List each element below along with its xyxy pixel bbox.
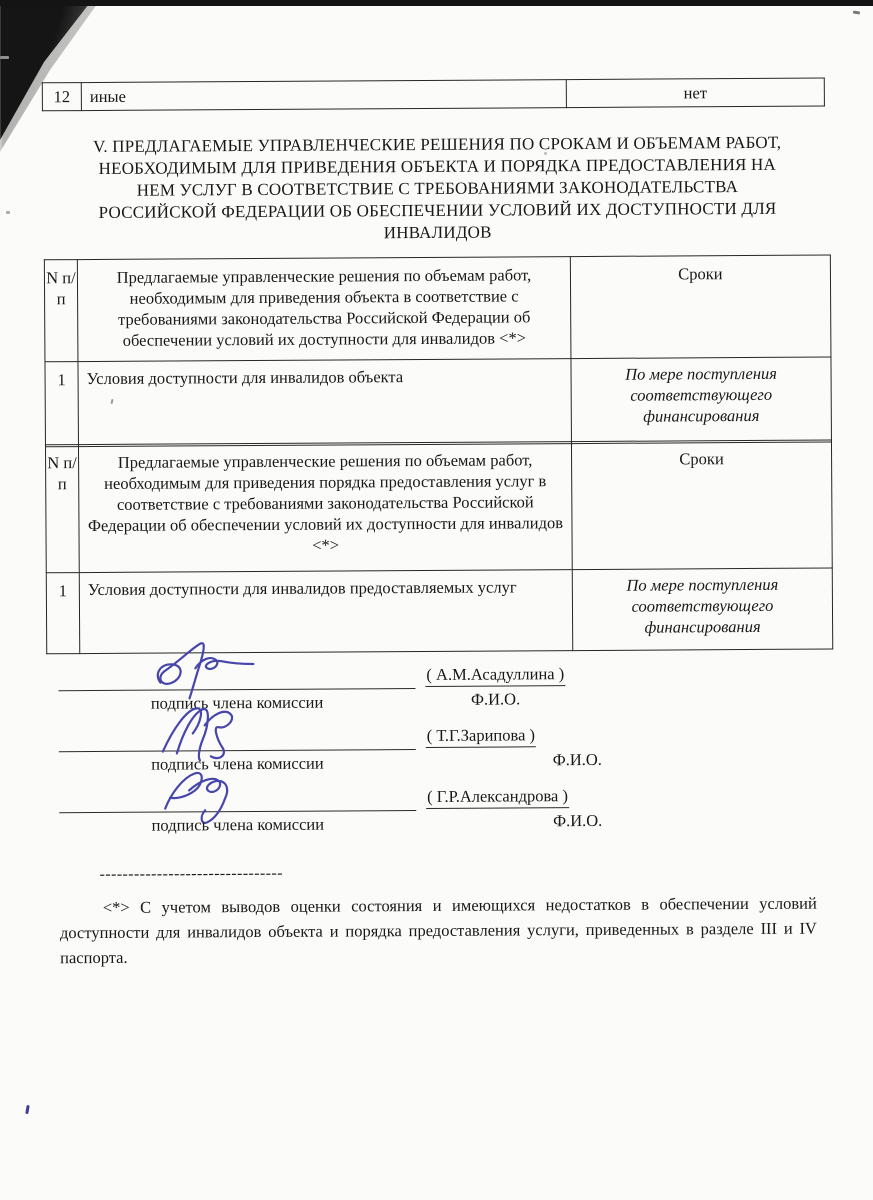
section-title-line: ИНВАЛИДОВ: [55, 220, 821, 247]
commission-member-name: ( А.М.Асадуллина ): [425, 664, 565, 687]
fio-caption: Ф.И.О.: [426, 750, 602, 771]
footnote-separator: --------------------------------: [100, 865, 283, 884]
signature-row: подпись члена комиссии ( Т.Г.Зарипова ) …: [59, 715, 604, 779]
header-desc-cell: Предлагаемые управленческие решения по о…: [78, 442, 572, 573]
table-row: 1 Условия доступности для инвалидов объе…: [45, 357, 832, 447]
signature-row: подпись члена комиссии ( Г.Р.Александров…: [59, 776, 604, 840]
section-title: V. ПРЕДЛАГАЕМЫЕ УПРАВЛЕНЧЕСКИЕ РЕШЕНИЯ П…: [54, 132, 821, 247]
header-num-cell: N п/п: [45, 445, 79, 573]
signature-name-block: ( А.М.Асадуллина ) Ф.И.О.: [425, 654, 601, 710]
row-num-cell: 1: [45, 362, 79, 447]
signature-name-block: ( Т.Г.Зарипова ) Ф.И.О.: [426, 715, 602, 771]
table-header-row: N п/п Предлагаемые управленческие решени…: [45, 440, 832, 573]
signature-name-block: ( Г.Р.Александрова ) Ф.И.О.: [426, 776, 602, 832]
row-term-cell: По мере поступления соответствующего фин…: [572, 568, 832, 651]
decisions-services-table: N п/п Предлагаемые управленческие решени…: [45, 439, 833, 654]
row-desc-cell: Условия доступности для инвалидов объект…: [78, 359, 572, 447]
table-header-row: N п/п Предлагаемые управленческие решени…: [44, 255, 831, 362]
commission-member-name: ( Г.Р.Александрова ): [426, 786, 569, 809]
fio-caption: Ф.И.О.: [426, 811, 602, 832]
signature-line: [58, 655, 415, 691]
row-term-cell: По мере поступления соответствующего фин…: [571, 357, 832, 444]
row-name-cell: иные: [81, 80, 566, 111]
signature-block: подпись члена комиссии ( А.М.Асадуллина …: [58, 654, 604, 840]
row-number-cell: 12: [42, 83, 81, 111]
document-page: 12 иные нет V. ПРЕДЛАГАЕМЫЕ УПРАВЛЕНЧЕСК…: [0, 0, 873, 1200]
table-row: 12 иные нет: [42, 78, 824, 111]
row-value-cell: нет: [566, 78, 824, 108]
commission-member-name: ( Т.Г.Зарипова ): [426, 725, 536, 748]
signature-row: подпись члена комиссии ( А.М.Асадуллина …: [58, 654, 603, 718]
header-num-cell: N п/п: [44, 260, 78, 362]
footnote-text: <*> С учетом выводов оценки состояния и …: [60, 891, 817, 971]
signature-caption: подпись члена комиссии: [59, 814, 416, 836]
indicator-table: 12 иные нет: [42, 78, 825, 112]
fio-caption: Ф.И.О.: [425, 689, 565, 710]
header-term-cell: Сроки: [570, 255, 831, 359]
signature-line: [59, 777, 416, 813]
header-term-cell: Сроки: [571, 440, 832, 570]
header-desc-cell: Предлагаемые управленческие решения по о…: [77, 257, 571, 362]
row-num-cell: 1: [46, 573, 79, 654]
signature-line: [59, 716, 416, 752]
decisions-object-table: N п/п Предлагаемые управленческие решени…: [44, 254, 832, 447]
section-title-line: РОССИЙСКОЙ ФЕДЕРАЦИИ ОБ ОБЕСПЕЧЕНИИ УСЛО…: [54, 198, 820, 225]
